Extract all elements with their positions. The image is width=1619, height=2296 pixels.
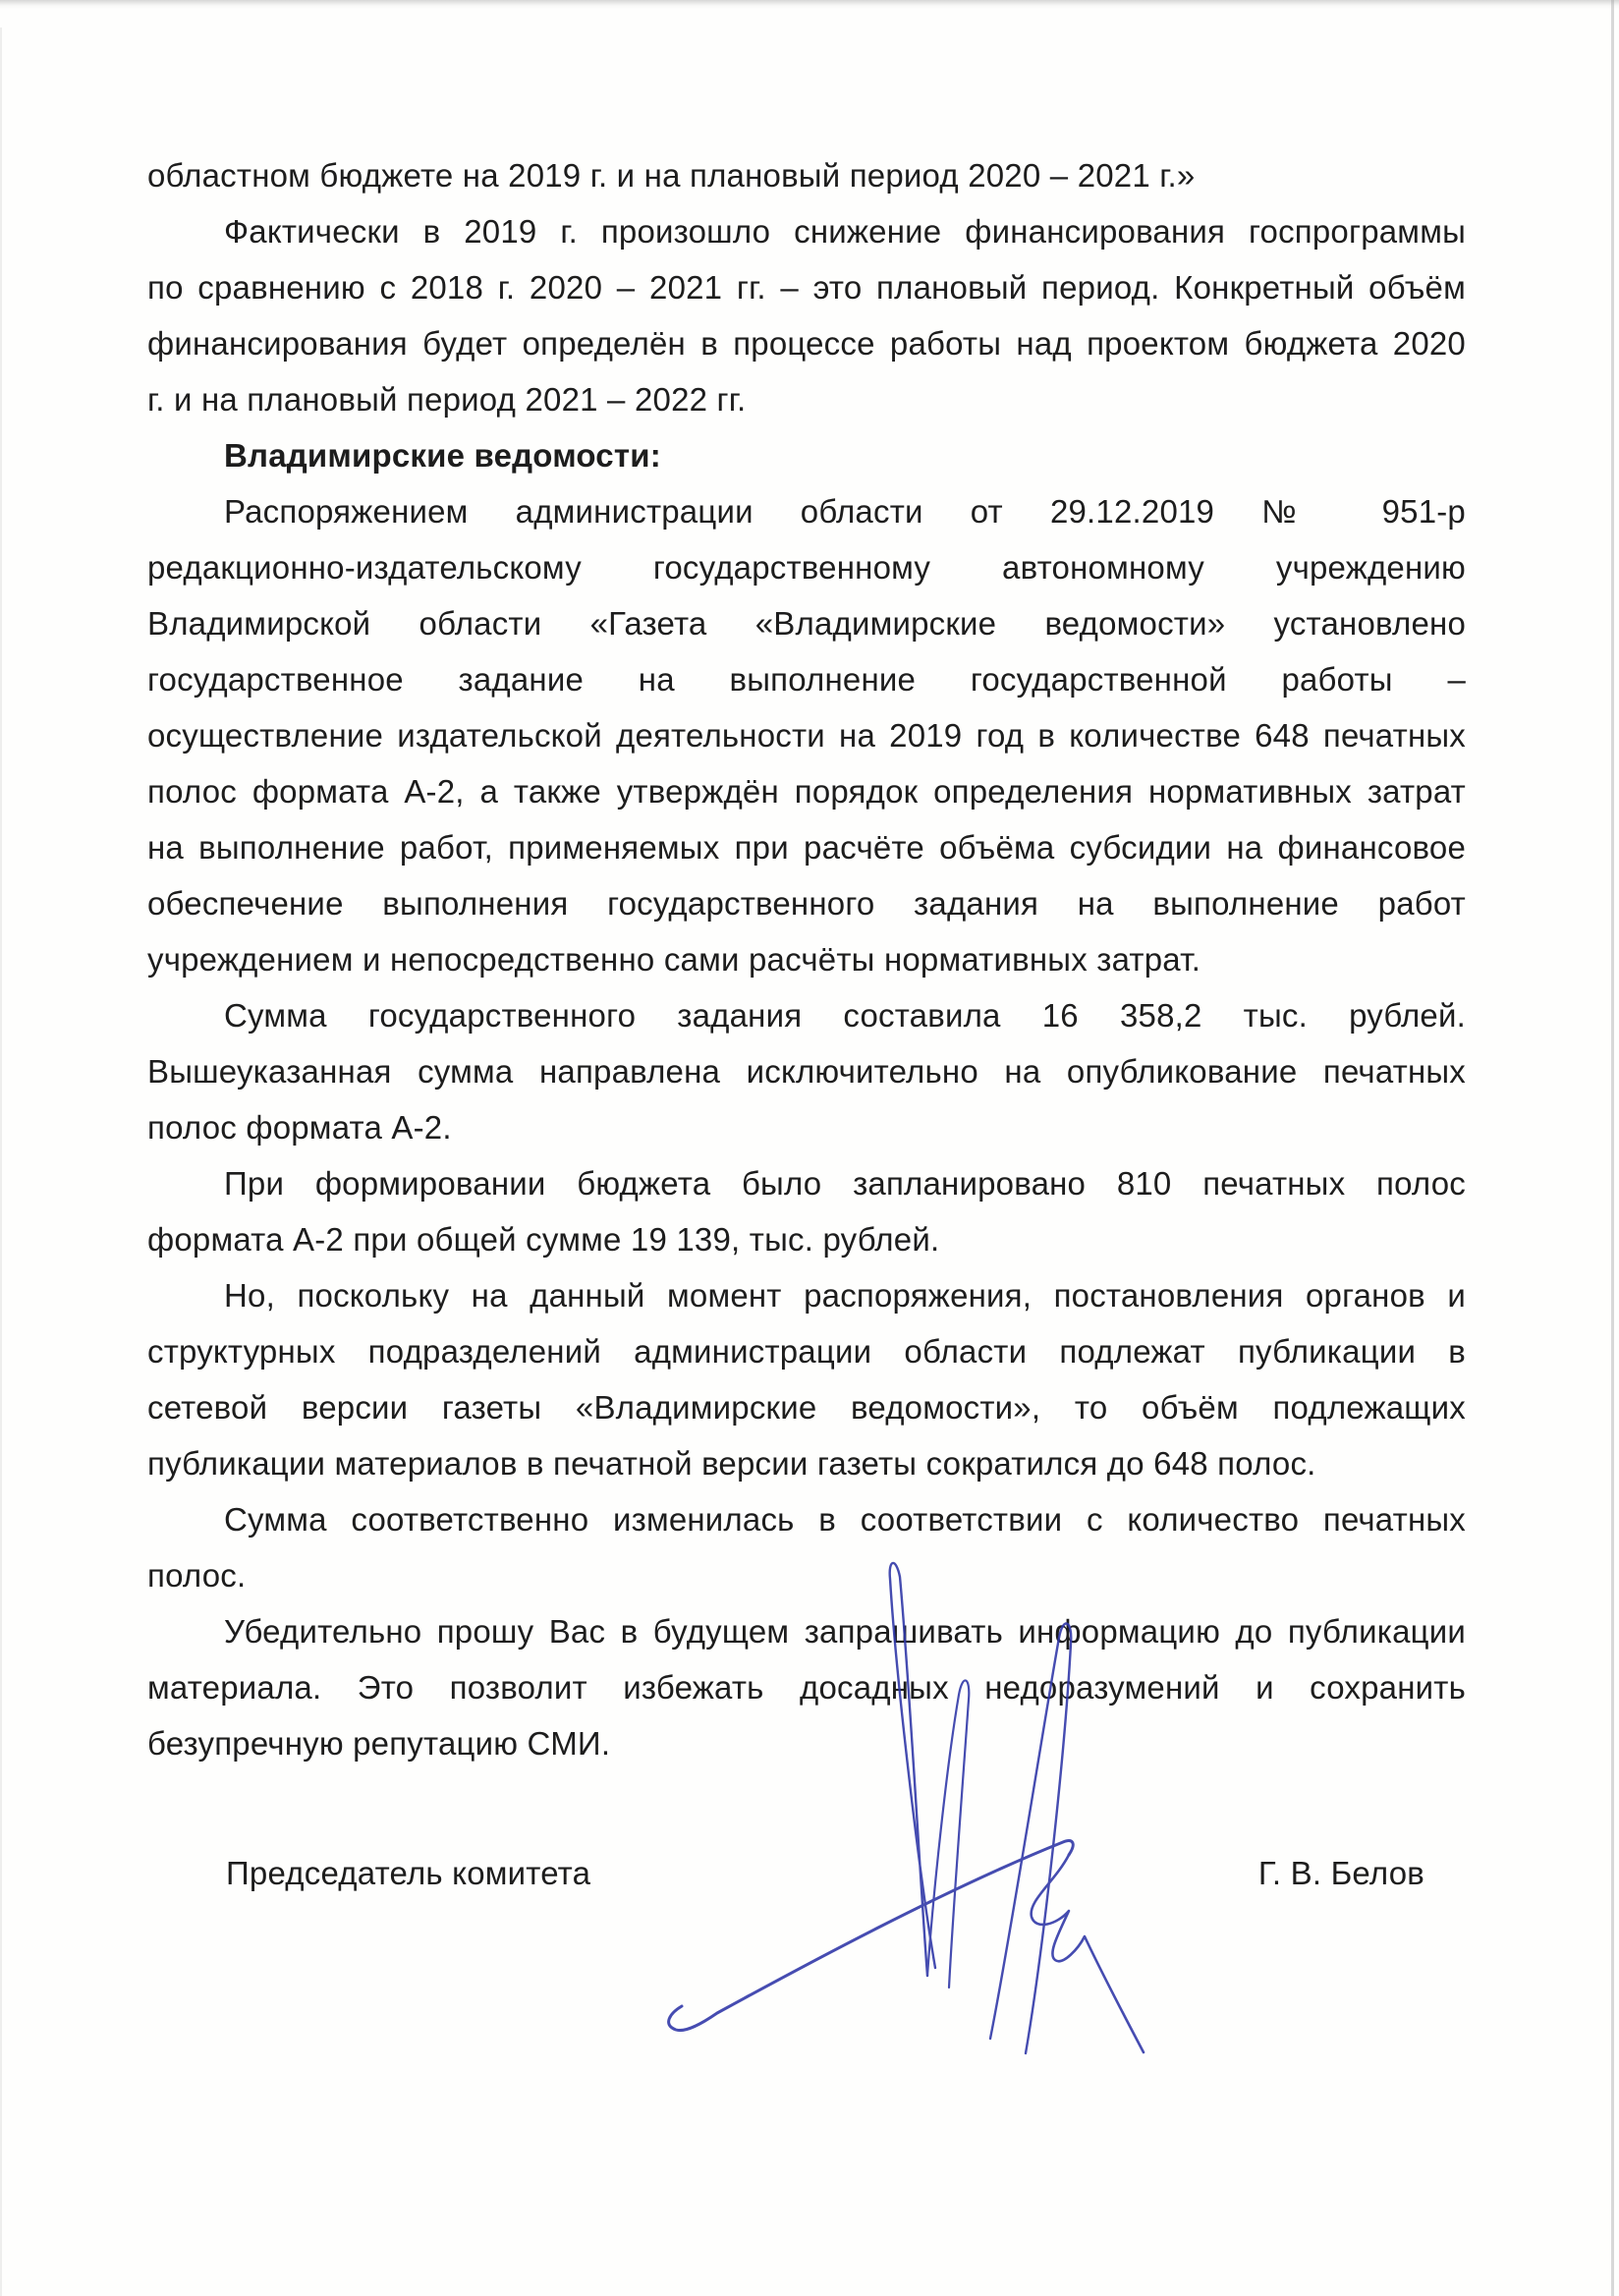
text-line: сетевой версии газеты «Владимирские ведо… — [147, 1379, 1466, 1435]
paragraph: Сумма государственного задания составила… — [147, 987, 1466, 1155]
text-line: Владимирские ведомости: — [147, 427, 1466, 483]
text-line: г. и на плановый период 2021 – 2022 гг. — [147, 371, 1466, 427]
signatory-title: Председатель комитета — [226, 1845, 590, 1901]
text-line: При формировании бюджета было запланиров… — [147, 1155, 1466, 1211]
text-line: областном бюджете на 2019 г. и на планов… — [147, 147, 1466, 203]
signatory-name: Г. В. Белов — [1258, 1845, 1424, 1901]
text-line: структурных подразделений администрации … — [147, 1323, 1466, 1379]
text-line: Фактически в 2019 г. произошло снижение … — [147, 203, 1466, 259]
text-line: осуществление издательской деятельности … — [147, 707, 1466, 763]
text-line: полос. — [147, 1547, 1466, 1603]
text-line: по сравнению с 2018 г. 2020 – 2021 гг. –… — [147, 259, 1466, 315]
text-line: финансирования будет определён в процесс… — [147, 315, 1466, 371]
text-line: Убедительно прошу Вас в будущем запрашив… — [147, 1603, 1466, 1659]
text-line: полос формата А-2, а также утверждён пор… — [147, 763, 1466, 819]
paragraph: Распоряжением администрации области от 2… — [147, 483, 1466, 987]
text-line: полос формата А-2. — [147, 1099, 1466, 1155]
text-line: публикации материалов в печатной версии … — [147, 1435, 1466, 1491]
signature-row: Председатель комитета Г. В. Белов — [147, 1845, 1466, 1901]
text-line: Владимирской области «Газета «Владимирск… — [147, 595, 1466, 651]
text-line: Но, поскольку на данный момент распоряже… — [147, 1267, 1466, 1323]
document-body: областном бюджете на 2019 г. и на планов… — [147, 147, 1466, 1771]
text-line: на выполнение работ, применяемых при рас… — [147, 819, 1466, 875]
scan-edge-left — [0, 28, 2, 2296]
text-line: государственное задание на выполнение го… — [147, 651, 1466, 707]
text-line: Распоряжением администрации области от 2… — [147, 483, 1466, 539]
text-line: обеспечение выполнения государственного … — [147, 875, 1466, 931]
text-line: Сумма соответственно изменилась в соотве… — [147, 1491, 1466, 1547]
paragraph: областном бюджете на 2019 г. и на планов… — [147, 147, 1466, 203]
scanned-letter-page: областном бюджете на 2019 г. и на планов… — [0, 0, 1619, 2296]
paragraph: Убедительно прошу Вас в будущем запрашив… — [147, 1603, 1466, 1771]
text-line: Вышеуказанная сумма направлена исключите… — [147, 1043, 1466, 1099]
text-line: материала. Это позволит избежать досадны… — [147, 1659, 1466, 1715]
text-line: учреждением и непосредственно сами расчё… — [147, 931, 1466, 987]
text-line: формата А-2 при общей сумме 19 139, тыс.… — [147, 1211, 1466, 1267]
text-line: редакционно-издательскому государственно… — [147, 539, 1466, 595]
scan-edge-right — [1611, 0, 1614, 2296]
paragraph: Но, поскольку на данный момент распоряже… — [147, 1267, 1466, 1491]
paragraph: Фактически в 2019 г. произошло снижение … — [147, 203, 1466, 427]
paragraph: Владимирские ведомости: — [147, 427, 1466, 483]
paragraph: Сумма соответственно изменилась в соотве… — [147, 1491, 1466, 1603]
text-line: Сумма государственного задания составила… — [147, 987, 1466, 1043]
text-line: безупречную репутацию СМИ. — [147, 1715, 1466, 1771]
paragraph: При формировании бюджета было запланиров… — [147, 1155, 1466, 1267]
scan-edge-top — [0, 0, 1619, 9]
